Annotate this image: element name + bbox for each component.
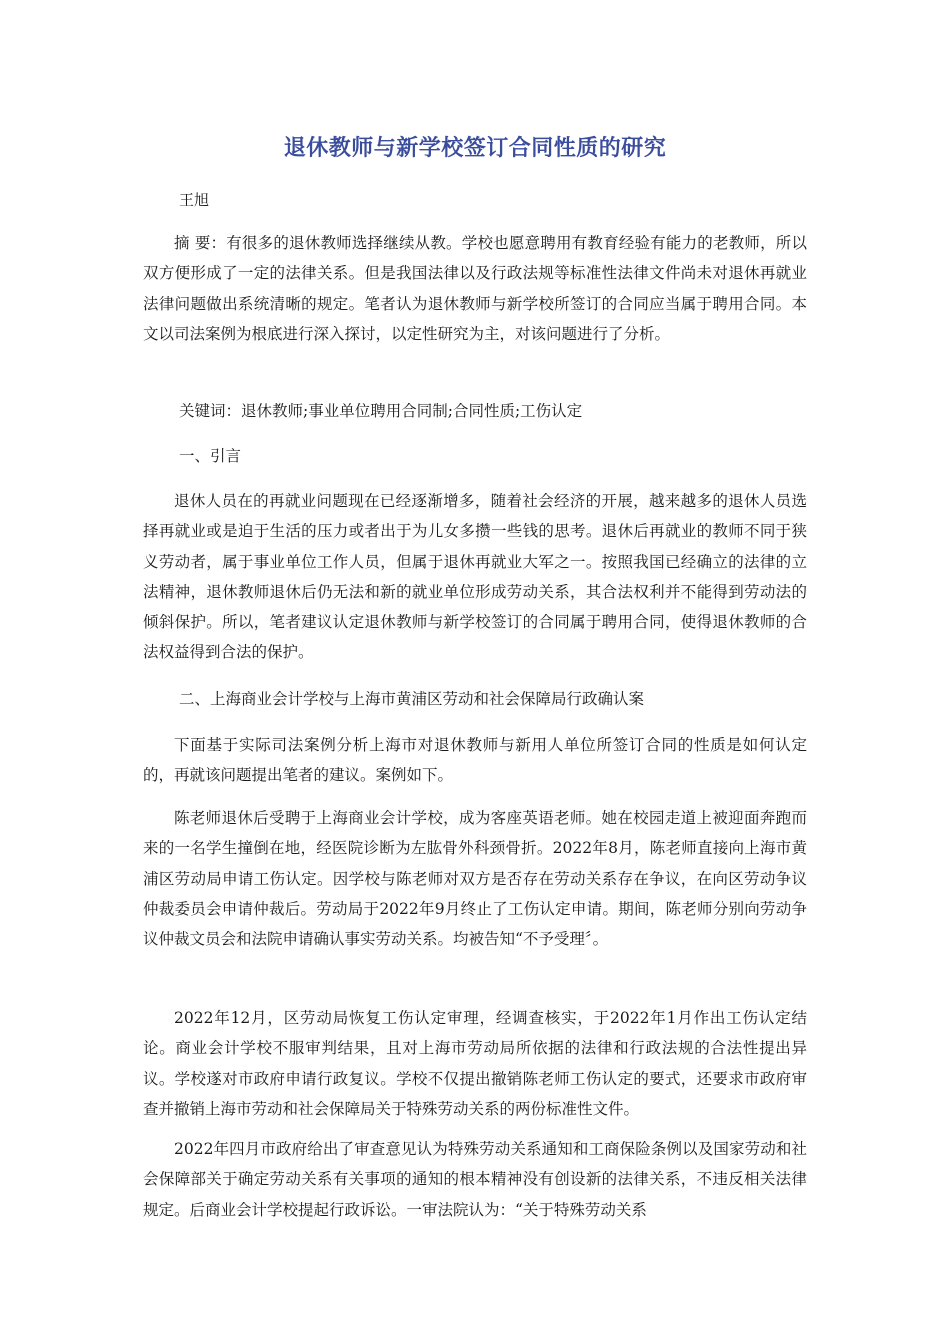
keywords-line: 关键词：退休教师;事业单位聘用合同制;合同性质;工伤认定 (179, 396, 582, 426)
author-name: 王旭 (179, 186, 209, 214)
section-2-paragraph-1: 下面基于实际司法案例分析上海市对退休教师与新用人单位所签订合同的性质是如何认定的… (143, 730, 807, 791)
section-2-paragraph-4: 2022年四月市政府给出了审查意见认为特殊劳动关系通知和工商保险条例以及国家劳动… (143, 1134, 807, 1225)
section-heading-1: 一、引言 (179, 441, 241, 471)
section-heading-2: 二、上海商业会计学校与上海市黄浦区劳动和社会保障局行政确认案 (179, 684, 644, 714)
section-2-paragraph-3: 2022年12月，区劳动局恢复工伤认定审理，经调查核实，于2022年1月作出工伤… (143, 1003, 807, 1124)
section-2-paragraph-2: 陈老师退休后受聘于上海商业会计学校，成为客座英语老师。她在校园走道上被迎面奔跑而… (143, 803, 807, 954)
section-1-paragraph-1: 退休人员在的再就业问题现在已经逐渐增多，随着社会经济的开展，越来越多的退休人员选… (143, 486, 807, 668)
document-title: 退休教师与新学校签订合同性质的研究 (143, 134, 807, 164)
abstract-paragraph: 摘 要：有很多的退休教师选择继续从教。学校也愿意聘用有教育经验有能力的老教师，所… (143, 228, 807, 349)
